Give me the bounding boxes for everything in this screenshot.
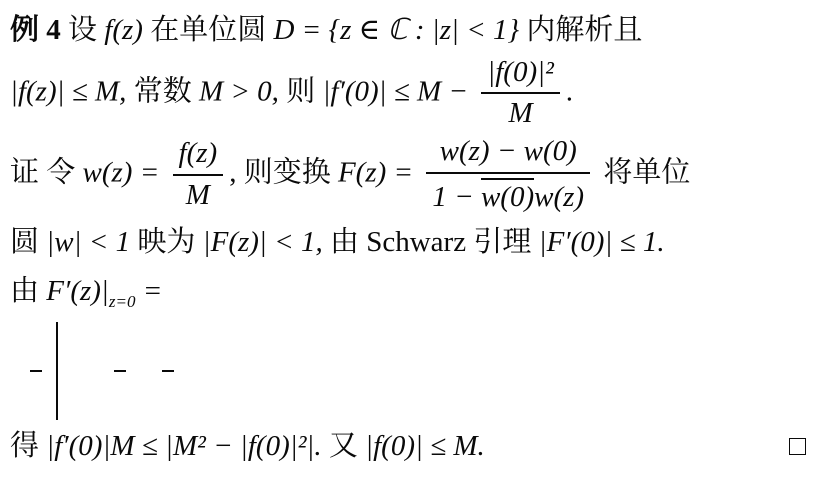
proof-line-3: 由 F′(z)|z=0 = [10, 271, 816, 314]
derivative-fraction [30, 334, 42, 408]
text-segment: 引理 [473, 226, 531, 258]
text-segment: 则 [286, 75, 315, 107]
math-segment: |f′(0)| ≤ M − [322, 75, 468, 107]
math-segment: |f′(0)|M ≤ |M² − |f(0)|²|. [46, 430, 321, 462]
display-equation [24, 322, 816, 420]
text-segment: 又 [329, 430, 358, 462]
math-fraction [114, 366, 126, 376]
math-segment: |f(0)| ≤ M. [365, 430, 485, 462]
evaluation-bar [56, 322, 84, 420]
math-segment: F(z) = [338, 157, 413, 189]
example-heading: 例 4 [10, 14, 61, 46]
text-segment: , 则变换 [229, 157, 331, 189]
text-segment: 得 [10, 430, 39, 462]
text-segment: 圆 [10, 226, 39, 258]
math-document-page: 例 4 设 f(z) 在单位圆 D = {z ∈ ℂ : |z| < 1} 内解… [0, 0, 828, 483]
overline-term: w(0) [481, 178, 534, 212]
conclusion-line: 得 |f′(0)|M ≤ |M² − |f(0)|²|. 又 |f(0)| ≤ … [10, 426, 816, 467]
statement-line-1: 例 4 设 f(z) 在单位圆 D = {z ∈ ℂ : |z| < 1} 内解… [10, 10, 816, 51]
period: . [566, 75, 573, 107]
math-segment: w(z) = [83, 157, 160, 189]
text-segment: 在单位圆 [150, 14, 266, 46]
qed-box [789, 438, 806, 455]
math-segment: f(z) [104, 14, 143, 46]
fraction-denominator: M [481, 92, 560, 130]
math-segment: M > 0, [199, 75, 279, 107]
fraction-numerator: f(z) [173, 138, 224, 174]
math-segment: F′(z)| [46, 275, 109, 307]
math-fraction: f(z)M [173, 138, 224, 212]
text-segment: 设 [68, 14, 97, 46]
fraction-denominator [114, 370, 126, 376]
text-segment: 由 [10, 275, 39, 307]
proof-line-2: 圆 |w| < 1 映为 |F(z)| < 1, 由 Schwarz 引理 |F… [10, 222, 816, 263]
text-segment: 内解析且 [526, 14, 642, 46]
fraction-denominator [30, 370, 42, 408]
statement-line-2: |f(z)| ≤ M, 常数 M > 0, 则 |f′(0)| ≤ M − |f… [10, 57, 816, 131]
schwarz-name: Schwarz [366, 226, 466, 258]
fraction-denominator: 1 − w(0)w(z) [426, 172, 590, 214]
mobius-fraction: w(z) − w(0)1 − w(0)w(z) [426, 136, 590, 214]
math-segment: |F′(0)| ≤ 1. [539, 226, 665, 258]
fraction-numerator: w(z) − w(0) [434, 136, 583, 172]
text-segment: 常数 [134, 75, 192, 107]
equals-sign: = [143, 275, 163, 307]
fraction-denominator: M [173, 174, 224, 212]
fraction-numerator: |f(0)|² [481, 57, 560, 93]
math-segment: D = {z ∈ ℂ : |z| < 1} [273, 14, 519, 46]
math-fraction [162, 366, 174, 376]
math-segment: |F(z)| < 1, [203, 226, 323, 258]
proof-line-1: 证 令 w(z) = f(z)M, 则变换 F(z) = w(z) − w(0)… [10, 136, 816, 214]
fraction-numerator [30, 334, 42, 370]
text-segment: 映为 [137, 226, 195, 258]
math-segment: |f(z)| ≤ M, [10, 75, 126, 107]
text-segment: 由 [330, 226, 359, 258]
text-segment: 将单位 [603, 157, 690, 189]
proof-label: 证 令 [10, 157, 75, 189]
evaluation-subscript: z=0 [109, 292, 136, 311]
math-segment: |w| < 1 [46, 226, 130, 258]
fraction-denominator [162, 370, 174, 376]
math-fraction: |f(0)|²M [481, 57, 560, 131]
